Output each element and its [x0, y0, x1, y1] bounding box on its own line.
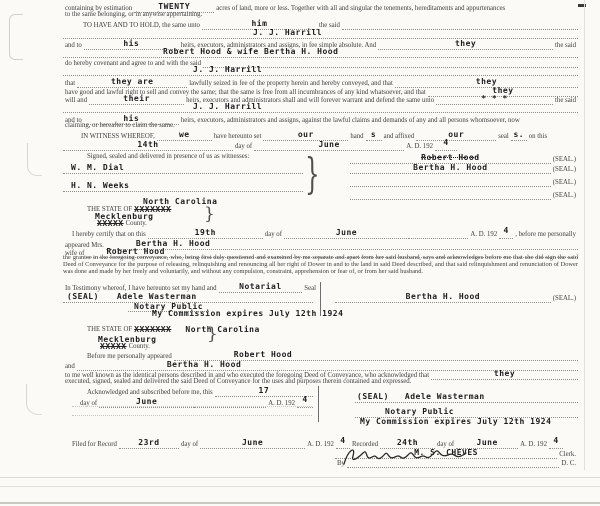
witness-entry: W. M. Dial [63, 164, 303, 174]
printed-text: hand [348, 133, 365, 141]
typed-their: their [123, 94, 150, 103]
typed-robert-hood: Robert Hood [234, 350, 292, 359]
printed-text: claiming, or hereafter to claim the same… [63, 122, 177, 130]
county-brace: } [204, 204, 215, 224]
faint-dotted-line [72, 406, 312, 407]
typed-grantee-name: J. J. Harrill [193, 65, 262, 74]
typed-adele-wasterman: Adele Wasterman [389, 392, 485, 401]
typed-our: our [298, 130, 314, 139]
signature-entry [350, 191, 551, 200]
notary-seal-line-2: (SEAL)Adele Wasterman [355, 393, 578, 403]
scan-artifact-margin-mark [26, 384, 42, 415]
day-entry: 14th [63, 141, 233, 151]
printed-text: to the same belonging, or in anywise app… [63, 11, 204, 19]
printed-text: day of [263, 231, 284, 239]
typed-bertha-hood: Bertha H. Hood [167, 360, 241, 369]
typed-day: 17 [259, 386, 270, 395]
grantee-name-line-3: J. J. Harrill [63, 103, 578, 113]
typed-our: our [448, 130, 464, 139]
seal-label: (SEAL.) [551, 295, 578, 303]
seal-label: (SEAL.) [551, 179, 578, 187]
typed-year: 4 [504, 226, 509, 235]
printed-text: day of [233, 143, 254, 151]
scan-artifact-margin-mark [27, 143, 42, 176]
typed-witness-dial: W. M. Dial [71, 163, 124, 172]
month-entry: June [200, 439, 305, 449]
pronoun-entry: our [416, 131, 496, 141]
typed-seal: (SEAL) [357, 392, 389, 401]
witness-signature-line: H. N. Weeks [63, 182, 303, 192]
typed-his: his [123, 39, 139, 48]
grantee-name-entry: J. J. Harrill [63, 66, 578, 76]
typed-notary-public: Notary Public [385, 407, 454, 416]
typed-asterisks: * * * [481, 94, 508, 103]
signature-entry: Bertha H. Hood [335, 293, 551, 303]
typed-robert-hood-signature: Robert Hood [421, 153, 479, 162]
ack-brace-line [318, 386, 319, 422]
month-entry: June [284, 229, 409, 239]
witness-entry: H. N. Weeks [63, 182, 303, 192]
month-entry: June [254, 141, 404, 151]
dower-paragraph: the grantor in the foregoing conveyance,… [63, 255, 578, 276]
grantor-names-line: Robert Hood & wife Bertha H. Hood [63, 48, 578, 58]
typed-we: we [179, 130, 190, 139]
typed-witness-weeks: H. N. Weeks [71, 181, 129, 190]
dower-signature-line: Bertha H. Hood (SEAL.) [335, 293, 578, 303]
typed-adele-wasterman: Adele Wasterman [99, 292, 197, 301]
signature-entry [350, 178, 551, 187]
seal-line-3: (SEAL.) [350, 178, 578, 187]
printed-text: County. [124, 220, 149, 228]
printed-text: Filed for Record [70, 441, 119, 449]
typed-month: June [136, 397, 157, 406]
scan-artifact-margin-mark [9, 14, 23, 60]
executed-line: executed, signed, sealed and delivered t… [63, 378, 578, 386]
pronoun-entry: we [157, 131, 212, 141]
typed-strikeout: XXXXX [97, 220, 124, 228]
printed-text: County. [127, 343, 152, 351]
typed-month: June [242, 438, 263, 447]
dotted-line [409, 230, 468, 239]
typed-strikeout: XXXXX [100, 343, 127, 351]
grantee-name-entry: J. J. Harrill [63, 103, 578, 113]
seal-line-4: (SEAL.) [350, 191, 578, 200]
typed-s: s. [513, 130, 524, 139]
scan-artifact-page-line [0, 486, 600, 487]
grantor-names-entry: Robert Hood & wife Bertha H. Hood [63, 48, 578, 58]
plural-s-entry: s. [511, 131, 527, 141]
execution-date-line: 14th day of June A. D. 192 4 [63, 141, 503, 151]
typed-grantee-name: J. J. Harrill [253, 28, 322, 37]
state-of-line-2: THE STATE OF XXXXXXX North Carolina [85, 326, 465, 334]
deed-document-scan: containing by estimation TWENTY acres of… [0, 0, 600, 506]
printed-text: Signed, sealed and delivered in presence… [85, 153, 251, 161]
typed-commission: My Commission expires July 12th 1924 [152, 309, 343, 318]
typed-seal: (SEAL) [67, 292, 99, 301]
printed-text: I hereby certify that on this [70, 231, 148, 239]
typed-they: they [476, 77, 497, 86]
seal-line-2: Bertha H. Hood (SEAL.) [350, 164, 578, 174]
typed-grantee-name: J. J. Harrill [193, 102, 262, 111]
printed-text: A. D. 192 [468, 231, 499, 239]
printed-text: day of [179, 441, 200, 449]
typed-notarial: Notarial [239, 282, 282, 291]
printed-text: , before me personally [513, 231, 578, 239]
plural-s-entry: s [366, 131, 382, 141]
typed-year: 4 [302, 395, 307, 404]
grantee-name-line-2: J. J. Harrill [63, 66, 578, 76]
witness-signature-line: W. M. Dial [63, 164, 303, 174]
printed-text: and affixed [382, 133, 417, 141]
seal-label: (SEAL.) [551, 192, 578, 200]
typed-day: 23rd [138, 438, 159, 447]
typed-year: 4 [553, 436, 558, 445]
day-entry: 23rd [119, 439, 179, 449]
printed-text: A. D. 192 [518, 441, 549, 449]
faint-dotted-line [72, 415, 312, 416]
before-appeared-line: Before me personally appeared Robert Hoo… [85, 351, 578, 361]
typed-they-are: they are [111, 77, 154, 86]
year-entry: 4 [435, 141, 457, 151]
typed-they: they [455, 39, 476, 48]
printed-text: Seal [302, 285, 318, 293]
printed-text: A. D. 192 [404, 143, 435, 151]
form-line-claiming: claiming, or hereafter to claim the same… [63, 122, 578, 130]
deputy-label: D. C. [559, 460, 578, 468]
signature-entry: Bertha H. Hood [350, 164, 551, 174]
deputy-clerk-signature-handwriting [340, 442, 480, 468]
typed-him: him [251, 19, 267, 28]
certify-line: I hereby certify that on this 19th day o… [70, 229, 578, 239]
printed-text: Acknowledged and subscribed before me, t… [85, 389, 215, 397]
typed-bertha-hood-signature: Bertha H. Hood [406, 292, 480, 301]
scan-artifact-page-bottom [0, 502, 600, 504]
year-entry: 4 [499, 229, 513, 239]
notary-signature-entry: (SEAL)Adele Wasterman [355, 393, 578, 403]
seal-label: (SEAL.) [551, 156, 578, 164]
witness-brace: } [305, 149, 320, 198]
county-brace: } [207, 324, 218, 344]
acknowledged-line: Acknowledged and subscribed before me, t… [85, 387, 313, 397]
day-entry: 17 [215, 387, 313, 397]
typed-commission: My Commission expires July 12th 1924 [360, 417, 551, 426]
printed-text: on this [527, 133, 549, 141]
day-entry: 19th [148, 229, 263, 239]
notarial-entry: Notarial [219, 283, 303, 293]
printed-text: seal [496, 133, 511, 141]
typed-day: 19th [195, 228, 216, 237]
clerk-label: Clerk. [557, 451, 578, 459]
seal-label: (SEAL.) [551, 166, 578, 174]
printed-text: Before me personally appeared [85, 353, 174, 361]
typed-month: June [319, 140, 340, 149]
filed-for-record-line: Filed for Record 23rd day of June A. D. … [70, 439, 578, 449]
printed-text: executed, signed, sealed and delivered t… [63, 378, 413, 386]
typed-day: 14th [137, 140, 158, 149]
typed-they: they [494, 369, 515, 378]
printed-text: A. D. 192 [305, 441, 336, 449]
typed-year: 4 [443, 138, 448, 147]
grantee-name-entry: J. J. Harrill [63, 29, 578, 39]
typed-s: s [371, 130, 376, 139]
county-line: XXXXX County. [97, 220, 257, 228]
typed-grantor-names: Robert Hood & wife Bertha H. Hood [163, 47, 338, 56]
typed-acreage: TWENTY [158, 2, 190, 11]
grantee-name-line: J. J. Harrill [63, 29, 578, 39]
year-entry: 4 [549, 439, 563, 449]
scan-artifact-page-edge [584, 0, 585, 470]
printed-text: THE STATE OF [85, 326, 134, 334]
typed-bertha-hood-signature: Bertha H. Hood [413, 163, 487, 172]
typed-month: June [336, 228, 357, 237]
form-line-belonging: to the same belonging, or in anywise app… [63, 11, 578, 19]
scan-artifact-page-line [0, 477, 600, 478]
typed-strikeout: XXXXXXX [134, 326, 171, 334]
printed-text: have hereunto set [212, 133, 264, 141]
